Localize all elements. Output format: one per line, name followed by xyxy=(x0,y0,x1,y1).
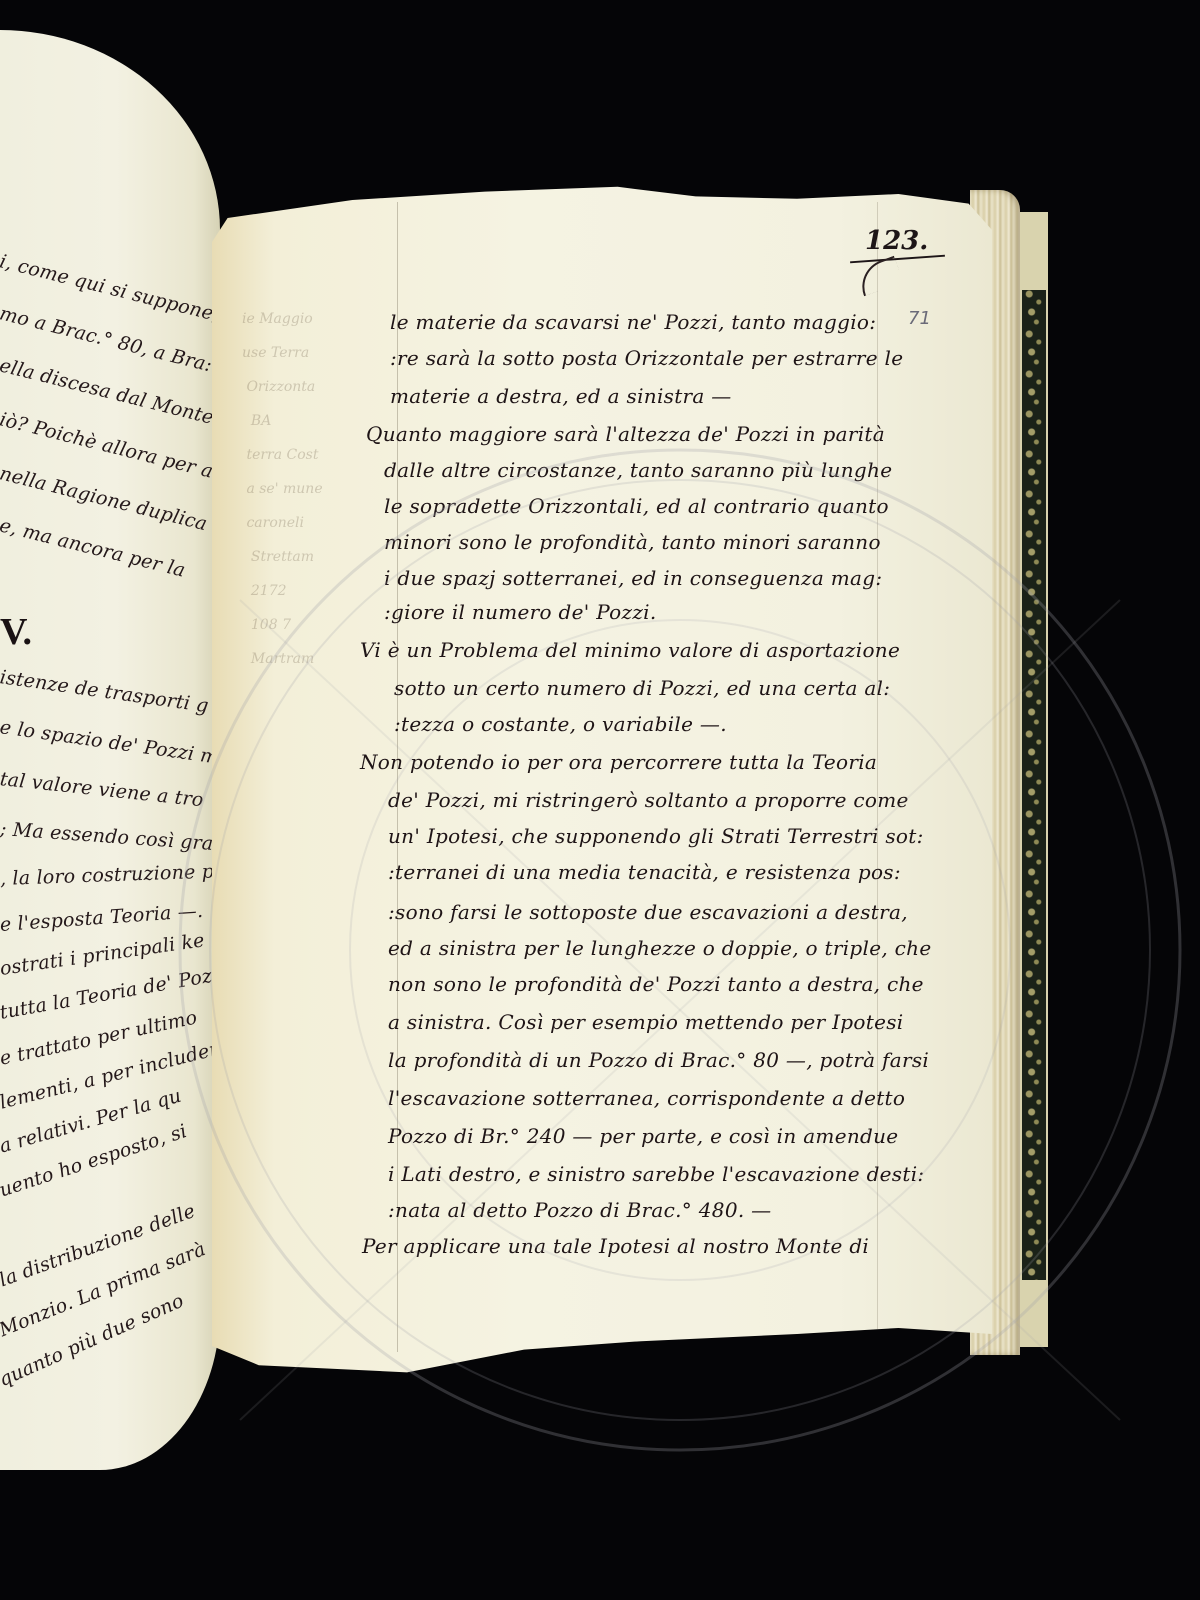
page-number: 123. xyxy=(865,226,928,256)
text-line: :nata al detto Pozzo di Brac.° 480. — xyxy=(388,1198,771,1222)
left-line: e l'esposta Teoria —. xyxy=(0,900,204,936)
text-line: :tezza o costante, o variabile —. xyxy=(394,712,727,736)
left-line: ; Ma essendo così grande xyxy=(0,818,220,857)
left-line: , la loro costruzione per xyxy=(0,860,220,890)
left-line: la distribuzione delle xyxy=(0,1200,198,1291)
pencil-folio-number: 71 xyxy=(908,308,931,329)
text-line: le sopradette Orizzontali, ed al contrar… xyxy=(384,494,889,518)
text-line: materie a destra, ed a sinistra — xyxy=(390,384,732,408)
left-line: e, ma ancora per la xyxy=(0,514,188,581)
left-line: istenze de trasporti g xyxy=(0,666,210,717)
text-line: l'escavazione sotterranea, corrispondent… xyxy=(388,1086,905,1110)
text-line: Vi è un Problema del minimo valore di as… xyxy=(360,638,900,662)
text-line: un' Ipotesi, che supponendo gli Strati T… xyxy=(388,824,924,848)
text-line: i Lati destro, e sinistro sarebbe l'esca… xyxy=(388,1162,924,1186)
left-page-text: i, come qui si suppone, mo a Brac.° 80, … xyxy=(0,30,220,1470)
text-line: :re sarà la sotto posta Orizzontale per … xyxy=(390,346,903,370)
marbled-cover xyxy=(1022,290,1046,1280)
text-line: non sono le profondità de' Pozzi tanto a… xyxy=(388,972,924,996)
text-line: :giore il numero de' Pozzi. xyxy=(384,600,657,624)
text-line: dalle altre circostanze, tanto saranno p… xyxy=(384,458,892,482)
left-page: i, come qui si suppone, mo a Brac.° 80, … xyxy=(0,30,220,1470)
text-line: minori sono le profondità, tanto minori … xyxy=(384,530,881,554)
text-line: Non potendo io per ora percorrere tutta … xyxy=(360,750,877,774)
text-line: i due spazj sotterranei, ed in conseguen… xyxy=(384,566,882,590)
text-line: :terranei di una media tenacità, e resis… xyxy=(388,860,901,884)
left-line: e lo spazio de' Pozzi m xyxy=(0,716,220,768)
text-line: :sono farsi le sottoposte due escavazion… xyxy=(388,900,908,924)
text-line: a sinistra. Così per esempio mettendo pe… xyxy=(388,1010,903,1034)
text-line: de' Pozzi, mi ristringerò soltanto a pro… xyxy=(388,788,909,812)
text-line: Per applicare una tale Ipotesi al nostro… xyxy=(362,1234,869,1258)
manuscript-photo: i, come qui si suppone, mo a Brac.° 80, … xyxy=(0,0,1200,1600)
left-line: tal valore viene a tro xyxy=(0,768,205,811)
text-line: ed a sinistra per le lunghezze o doppie,… xyxy=(388,936,932,960)
text-line: le materie da scavarsi ne' Pozzi, tanto … xyxy=(390,310,876,334)
section-heading: V. xyxy=(0,610,32,654)
text-line: sotto un certo numero di Pozzi, ed una c… xyxy=(394,676,890,700)
text-line: la profondità di un Pozzo di Brac.° 80 —… xyxy=(388,1048,929,1072)
text-line: Quanto maggiore sarà l'altezza de' Pozzi… xyxy=(366,422,885,446)
text-line: Pozzo di Br.° 240 — per parte, e così in… xyxy=(388,1124,898,1148)
